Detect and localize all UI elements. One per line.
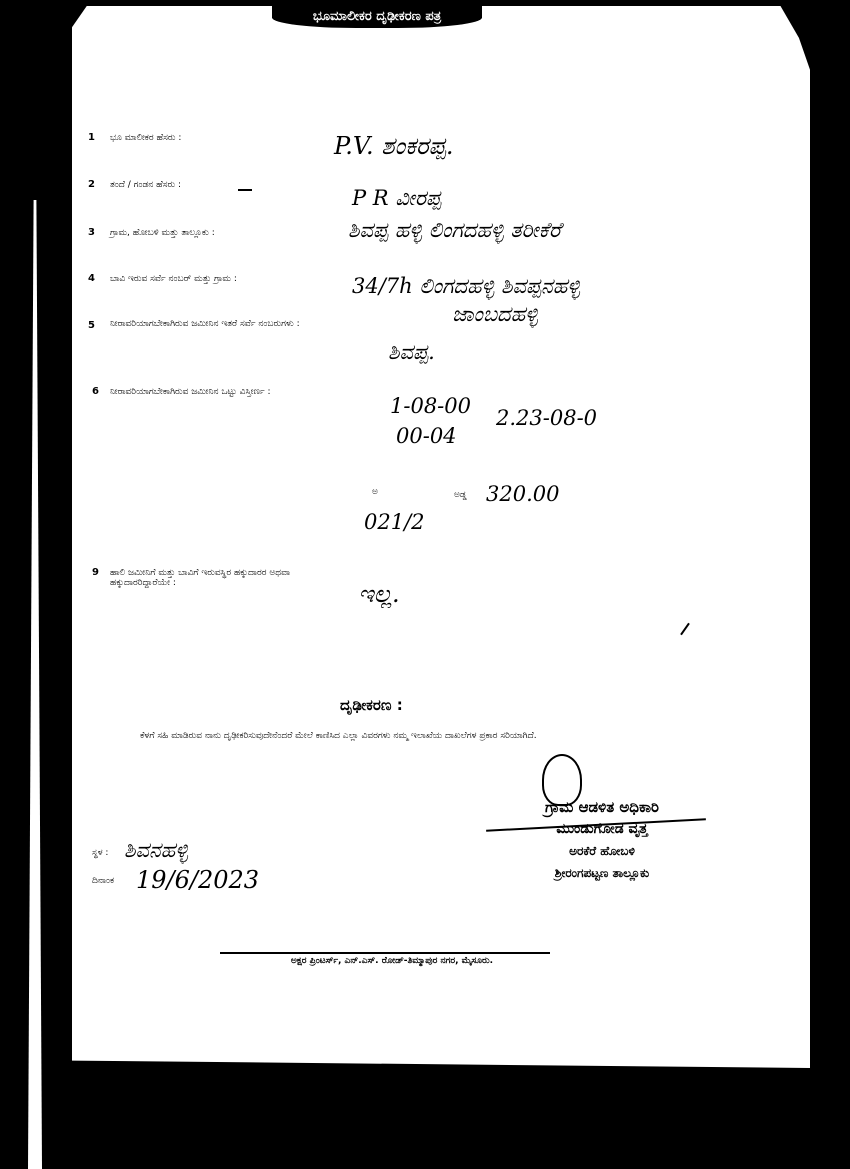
field-label-father-name: ತಂದೆ / ಗಂಡನ ಹೆಸರು : [110,180,340,190]
field-number: 2 [88,179,95,190]
field-value-total-area-line2: 00-04 [396,424,457,448]
field-label-rights-holders: ಹಾಲಿ ಜಮೀನಿಗೆ ಮತ್ತು ಬಾವಿಗೆ ಇರುವಸ್ಥಿರ ಹಕ್ಕ… [110,568,330,588]
field-number: 3 [88,227,95,238]
field-value-adda: 320.00 [486,482,559,506]
field-value-a: 021/2 [364,510,425,534]
field-label-well-survey: ಬಾವಿ ಇರುವ ಸರ್ವೆ ನಂಬರ್ ಮತ್ತು ಗ್ರಾಮ : [110,274,340,284]
place-label: ಸ್ಥಳ : [92,848,122,858]
field-value-village-taluk: ಶಿವಪ್ಪ ಹಳ್ಳಿ ಲಿಂಗದಹಳ್ಳಿ ತರೀಕೆರೆ [348,218,561,243]
official-seal: ಗ್ರಾಮ ಆಡಳಿತ ಅಧಿಕಾರಿ ಮುಂಡುಗೋಡ ವೃತ್ತ ಅರಕೆರ… [482,796,722,884]
document-page: ಭೂಮಾಲೀಕರ ದೃಢೀಕರಣ ಪತ್ರ 1 ಭೂ ಮಾಲೀಕರ ಹೆಸರು … [72,6,810,1068]
field-value-total-area-side: 2.23-08-0 [496,406,597,430]
field-label-adda: ಅಡ್ಡ [454,490,484,500]
field-number: 9 [92,567,99,578]
confirmation-text: ಕೆಳಗೆ ಸಹಿ ಮಾಡಿರುವ ನಾನು ದೃಢೀಕರಿಸುವುದೇನೆಂದ… [92,728,692,744]
footer-rule [220,952,550,954]
field-value-rights-holders: ಇಲ್ಲ. [358,580,400,608]
field-value-owner-name: P.V. ಶಂಕರಪ್ಪ. [334,132,453,160]
field-number: 4 [88,273,95,284]
seal-line-4: ಶ್ರೀರಂಗಪಟ್ಟಣ ತಾಲ್ಲೂಕು [482,862,722,884]
seal-line-3: ಅರಕೆರೆ ಹೋಬಳಿ [482,840,722,862]
field-number: 5 [88,320,95,331]
confirmation-title: ದೃಢೀಕರಣ : [340,696,403,714]
field-value-father-name: P R ವೀರಪ್ಪ [352,186,441,211]
date-label: ದಿನಾಂಕ [92,876,132,886]
field-value-well-survey: 34/7h ಲಿಂಗದಹಳ್ಳಿ ಶಿವಪ್ಪನಹಳ್ಳಿ [352,274,580,299]
field-label-other-survey: ನೀರಾವರಿಯಾಗಬೇಕಾಗಿರುವ ಜಮೀನಿನ ಇತರೆ ಸರ್ವೆ ನಂ… [110,319,330,329]
field-label-total-area: ನೀರಾವರಿಯಾಗಬೇಕಾಗಿರುವ ಜಮೀನಿನ ಒಟ್ಟು ವಿಸ್ತೀರ… [110,387,360,397]
blank-dash [238,189,252,191]
printer-footer: ಅಕ್ಷರ ಪ್ರಿಂಟರ್ಸ್, ಎನ್.ಎಸ್. ರೋಡ್-ತಿಮ್ಮಾಪು… [222,956,562,966]
document-header-title: ಭೂಮಾಲೀಕರ ದೃಢೀಕರಣ ಪತ್ರ [272,2,482,28]
field-label-a: ಅ [372,487,392,497]
seal-line-1: ಗ್ರಾಮ ಆಡಳಿತ ಅಧಿಕಾರಿ [482,796,722,818]
field-value-well-survey-line2: ಜಾಂಬದಹಳ್ಳಿ [452,302,538,327]
field-number: 6 [92,386,99,397]
field-number: 1 [88,132,95,143]
field-value-other-survey: ಶಿವಪ್ಪ. [388,340,435,365]
field-label-owner-name: ಭೂ ಮಾಲೀಕರ ಹೆಸರು : [110,133,340,143]
stray-mark [680,623,690,636]
place-value: ಶಿವನಹಳ್ಳಿ [124,838,188,863]
field-value-total-area: 1-08-00 [390,394,471,418]
field-label-village-taluk: ಗ್ರಾಮ, ಹೋಬಳಿ ಮತ್ತು ತಾಲ್ಲೂಕು : [110,228,340,238]
scan-edge-stripe [28,200,42,1169]
date-value: 19/6/2023 [136,866,259,894]
